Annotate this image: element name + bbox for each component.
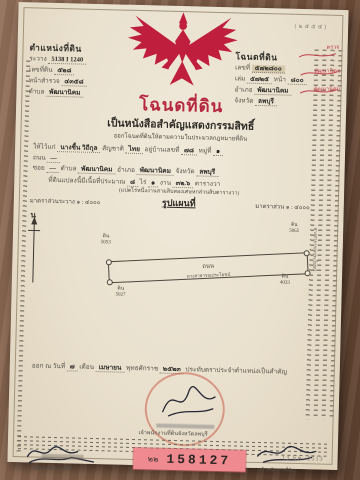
officer-signature-icon [154,377,225,423]
survey-map: น ถนน ทางสาธารณประโยชน์ ดิน 5053 ดิน 5 [11,206,344,334]
field-label: เลขที่ดิน [29,66,53,74]
owner-line-2: ถนน — [33,152,60,163]
book-value: ๕๗๒๕ [247,76,272,85]
field-label: อำเภอ [117,166,135,173]
field-label: หน้าสำรวจ [29,77,60,85]
field-label: เล่ม [235,75,246,82]
owner-soi: — [46,165,59,173]
owner-house-no: ๗๘ [181,147,197,155]
corner-no: 5027 [115,292,125,297]
area-rai: ๘ [127,179,138,187]
left-signature-caption: พนักงานเจ้าหน้าที่ [33,465,72,474]
corner-marker [304,250,310,256]
corner-no: 4033 [280,280,290,285]
corner-id: ดิน [291,223,298,228]
field-label: จังหวัด [175,168,194,175]
field-label: ซอย [33,164,45,171]
photo-canvas: (๒๕๕๕) ตำแหน่งที่ดิน ระวาง 5138 I 1240 เ… [0,0,360,480]
serial-number-stamp: ๒๒ 158127 [133,448,245,472]
field-label: ระวาง [29,55,47,62]
owner-moo: ๑ [213,148,223,156]
north-arrow-icon [22,216,46,287]
parcel-outline: ถนน ทางสาธารณประโยชน์ [108,252,309,283]
field-label: ไร่ [140,179,147,186]
red-scribble-icon [294,49,341,100]
issue-month: เมษายน [96,364,125,373]
field-label: ตำบล [60,165,76,172]
area-ngan: ๑ [148,179,158,187]
field-label: ให้ไว้แก่ [33,143,56,151]
serial-prefix: ๒๒ [148,452,159,465]
field-value: 5138 I 1240 [48,56,86,65]
owner-province: ลพบุรี [196,168,218,177]
field-label: พุทธศักราช [126,365,158,373]
field-label: งาน [160,180,171,187]
deed-no-value: ๕๗๒๘๐๐ [252,65,285,74]
corner-label-se: ดิน 4033 [280,275,290,286]
right-signature-caption: เจ้าพนักงานที่ดิน [259,466,295,475]
owner-nationality: ไทย [125,146,143,154]
scale-right: มาตราส่วน ๑ : ๔๐๐๐ [255,201,310,212]
field-label: ตารางวา [195,180,221,188]
field-label: ออก ณ วันที่ [32,362,66,370]
pencil-note: (๒๕๕๕) [294,21,328,32]
field-label: หน้า [274,76,287,83]
field-value: ๕๒๘ [54,67,74,75]
deed-paper: (๒๕๕๕) ตำแหน่งที่ดิน ระวาง 5138 I 1240 เ… [7,2,348,470]
corner-no: 5065 [289,228,299,233]
left-date-stamp [42,454,84,460]
left-signature-icon [23,440,102,466]
corner-marker [107,279,113,285]
serial-number: 158127 [166,452,231,469]
owner-tambon: พัฒนานิคม [78,166,116,175]
issue-day: ๗ [67,363,78,371]
field-label: ถนน [33,154,46,161]
corner-label-ne: ดิน 5065 [289,223,299,234]
corner-id: ดิน [117,287,124,292]
corner-marker [304,270,310,276]
owner-amphoe: พัฒนานิคม [137,167,175,176]
field-label: สัญชาติ [102,145,124,153]
field-label: เดือน [79,364,94,371]
field-value: ๔๓๕๘ [61,78,86,87]
field-label: อยู่บ้านเลขที่ [144,146,179,154]
field-label: เลขที่ [235,64,250,71]
corner-no: 5053 [101,240,111,245]
owner-road: — [47,155,60,163]
owner-name: นางชื้น วิถีกุล [57,144,100,153]
corner-id: ดิน [282,275,289,280]
right-edge-label: ทางสาธารณประโยชน์ [311,227,319,271]
corner-id: ดิน [103,234,110,239]
field-label: หมู่ที่ [198,147,211,154]
corner-label-nw: ดิน 5053 [101,234,111,245]
corner-label-sw: ดิน 5027 [115,286,125,297]
date-stamp: 13 มค. 2513 [282,453,324,464]
